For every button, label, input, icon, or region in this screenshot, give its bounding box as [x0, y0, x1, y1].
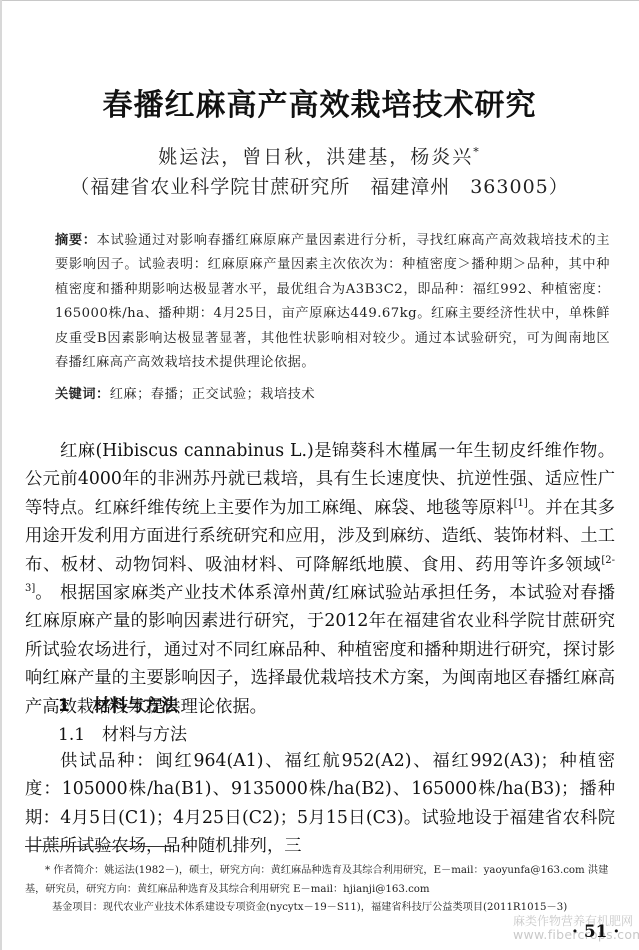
subsection-heading-materials-methods: 1.1 材料与方法 [58, 720, 187, 745]
footnote-author-bio: * 作者简介：姚运法(1982－)，硕士，研究方向：黄红麻品种选育及其综合利用研… [25, 862, 615, 899]
abstract-label: 摘要： [55, 233, 97, 248]
citation-1: [1] [514, 498, 528, 509]
corresponding-author-mark: * [473, 146, 481, 159]
footnotes: * 作者简介：姚运法(1982－)，硕士，研究方向：黄红麻品种选育及其综合利用研… [25, 862, 615, 918]
keywords-text: 红麻；春播；正交试验；栽培技术 [110, 387, 315, 402]
page-number: · 51 · [572, 922, 619, 942]
author-list: 姚运法，曾日秋，洪建基，杨炎兴* [0, 142, 639, 169]
abstract: 摘要：本试验通过对影响春播红麻原麻产量因素进行分析，寻找红麻高产高效栽培技术的主… [55, 229, 610, 375]
abstract-text: 本试验通过对影响春播红麻原麻产量因素进行分析，寻找红麻高产高效栽培技术的主要影响… [55, 233, 610, 370]
page-border-top [0, 0, 639, 1]
section-heading-materials-methods: 1 材料与方法 [58, 691, 178, 716]
keywords: 关键词：红麻；春播；正交试验；栽培技术 [55, 383, 610, 402]
body-paragraph-materials: 供试品种：闽红964(A1)、福红航952(A2)、福红992(A3)；种植密度… [25, 747, 615, 861]
affiliation: （福建省农业科学院甘蔗研究所 福建漳州 363005） [0, 172, 639, 199]
authors-text: 姚运法，曾日秋，洪建基，杨炎兴 [158, 146, 473, 168]
footnote-separator [25, 846, 173, 847]
keywords-label: 关键词： [55, 387, 110, 402]
paper-title: 春播红麻高产高效栽培技术研究 [0, 80, 639, 124]
